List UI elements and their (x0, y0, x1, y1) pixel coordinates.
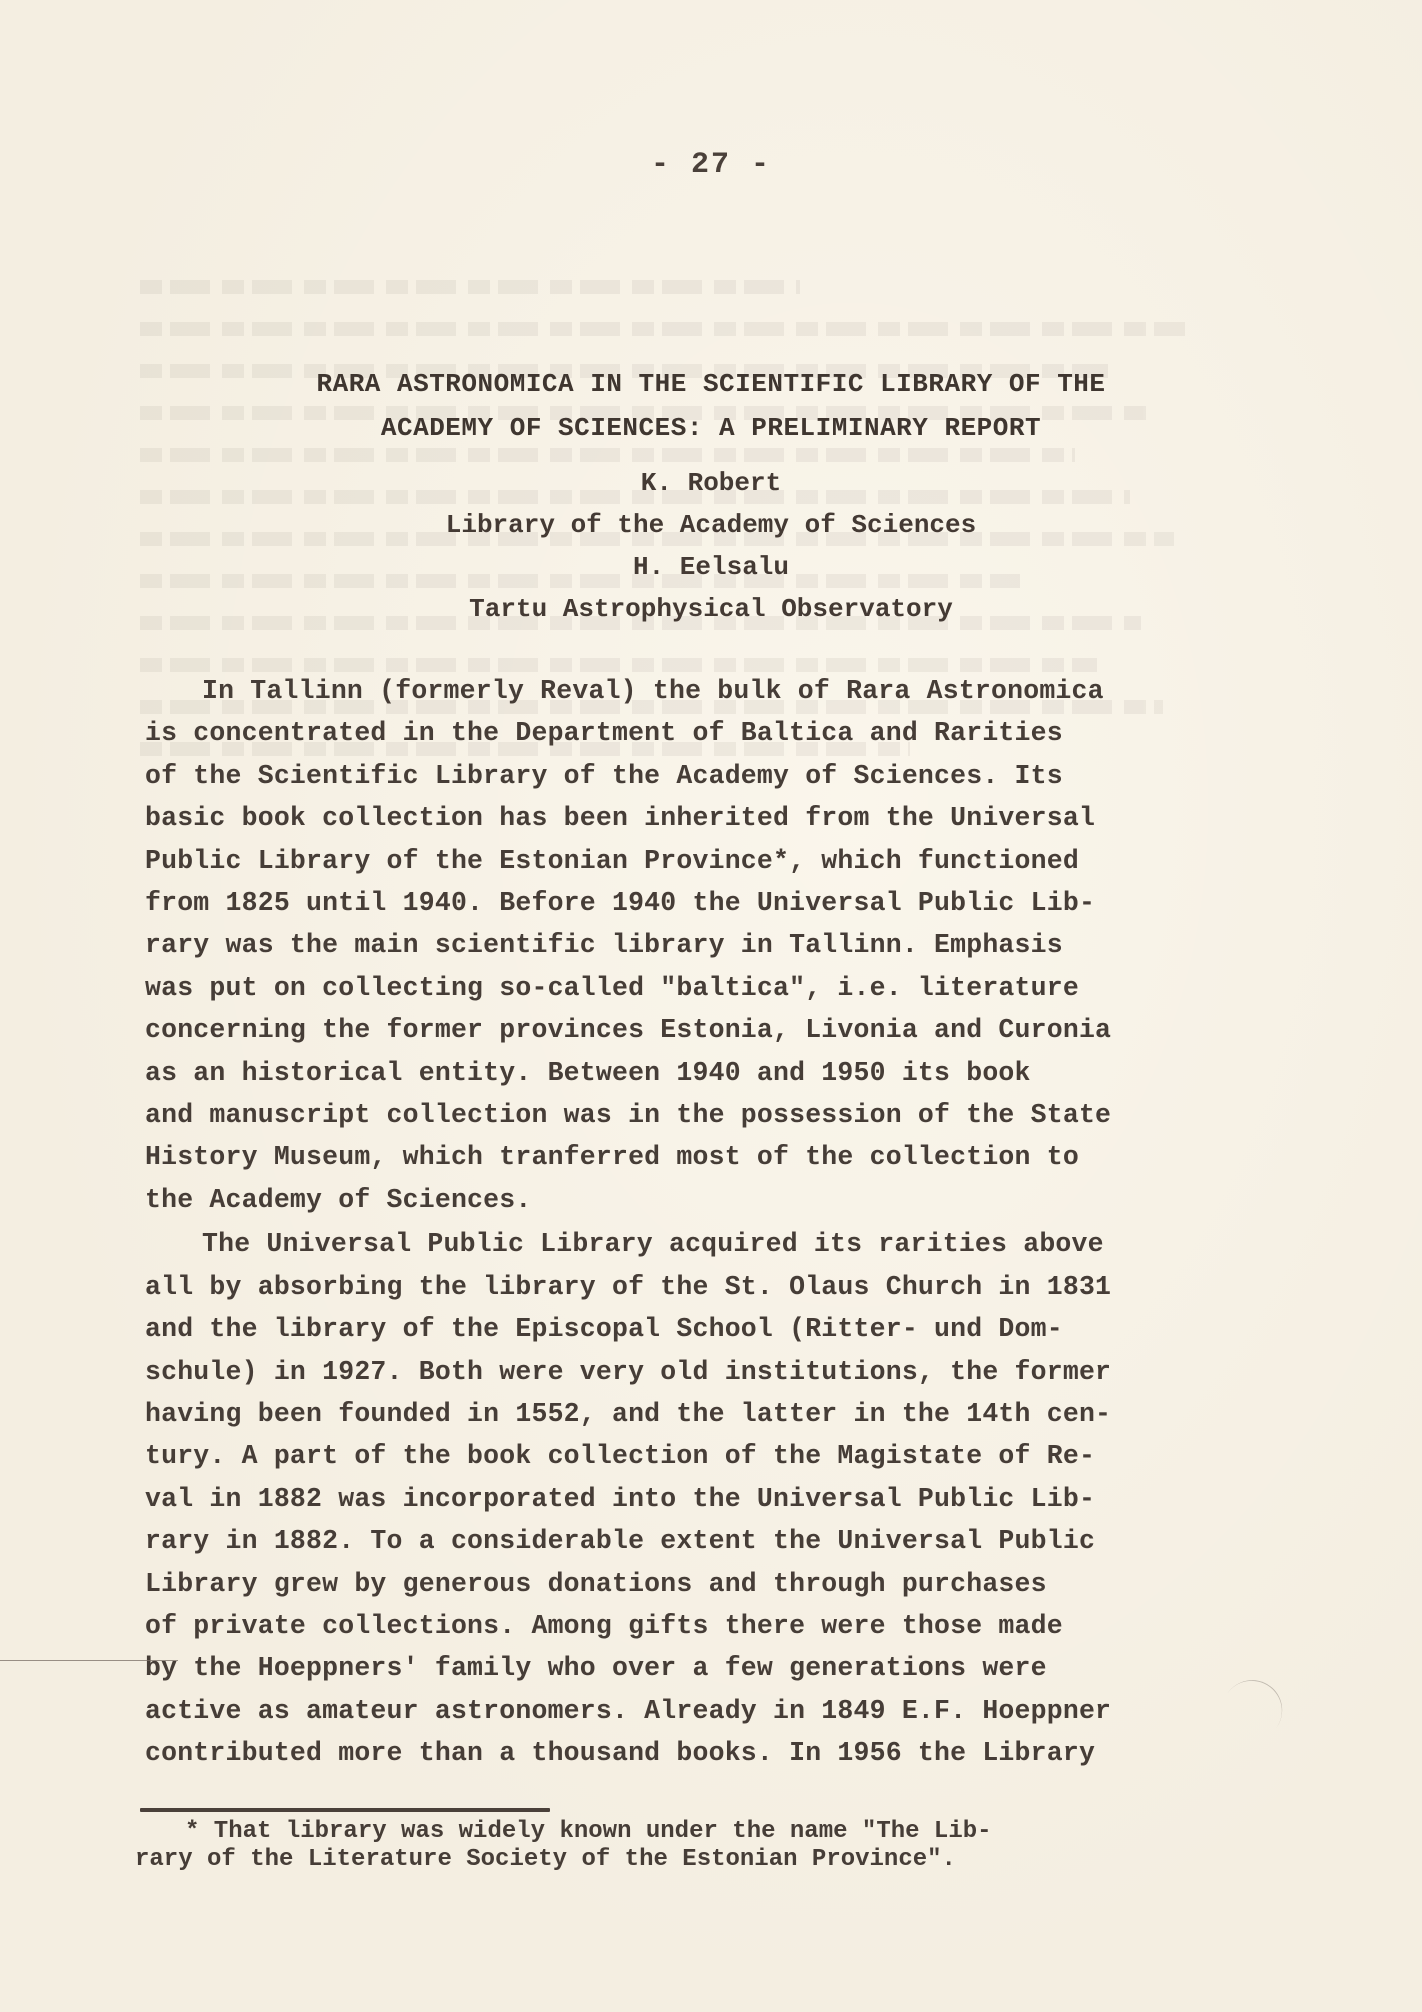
body-text: In Tallinn (formerly Reval) the bulk of … (145, 670, 1225, 1775)
text-line: the Academy of Sciences. (145, 1179, 1225, 1221)
paper-title: RARA ASTRONOMICA IN THE SCIENTIFIC LIBRA… (0, 362, 1422, 450)
author-name: K. Robert (0, 462, 1422, 504)
text-line: Library grew by generous donations and t… (145, 1563, 1225, 1605)
text-line: basic book collection has been inherited… (145, 797, 1225, 839)
paragraph-1: In Tallinn (formerly Reval) the bulk of … (145, 670, 1225, 1221)
text-line: In Tallinn (formerly Reval) the bulk of … (145, 670, 1225, 712)
footnote-separator (140, 1808, 550, 1812)
paragraph-2: The Universal Public Library acquired it… (145, 1223, 1225, 1774)
title-line: ACADEMY OF SCIENCES: A PRELIMINARY REPOR… (0, 406, 1422, 450)
text-line: schule) in 1927. Both were very old inst… (145, 1351, 1225, 1393)
text-line: rary in 1882. To a considerable extent t… (145, 1520, 1225, 1562)
text-line: History Museum, which tranferred most of… (145, 1136, 1225, 1178)
author-affiliation: Library of the Academy of Sciences (0, 504, 1422, 546)
text-line: and manuscript collection was in the pos… (145, 1094, 1225, 1136)
text-line: val in 1882 was incorporated into the Un… (145, 1478, 1225, 1520)
text-line: from 1825 until 1940. Before 1940 the Un… (145, 882, 1225, 924)
text-line: concerning the former provinces Estonia,… (145, 1009, 1225, 1051)
text-line: by the Hoeppners' family who over a few … (145, 1647, 1225, 1689)
footnote-line: * That library was widely known under th… (135, 1818, 1235, 1846)
text-line: is concentrated in the Department of Bal… (145, 712, 1225, 754)
text-line: The Universal Public Library acquired it… (145, 1223, 1225, 1265)
text-line: of private collections. Among gifts ther… (145, 1605, 1225, 1647)
text-line: of the Scientific Library of the Academy… (145, 755, 1225, 797)
text-line: contributed more than a thousand books. … (145, 1732, 1225, 1774)
text-line: Public Library of the Estonian Province*… (145, 840, 1225, 882)
document-page: - 27 - RARA ASTRONOMICA IN THE SCIENTIFI… (0, 0, 1422, 2012)
author-name: H. Eelsalu (0, 546, 1422, 588)
author-affiliation: Tartu Astrophysical Observatory (0, 588, 1422, 630)
text-line: having been founded in 1552, and the lat… (145, 1393, 1225, 1435)
margin-pencil-line (0, 1660, 178, 1661)
author-block: K. Robert Library of the Academy of Scie… (0, 462, 1422, 630)
text-line: as an historical entity. Between 1940 an… (145, 1052, 1225, 1094)
text-line: rary was the main scientific library in … (145, 924, 1225, 966)
text-line: and the library of the Episcopal School … (145, 1308, 1225, 1350)
text-line: was put on collecting so-called "baltica… (145, 967, 1225, 1009)
text-line: active as amateur astronomers. Already i… (145, 1690, 1225, 1732)
footnote-line: rary of the Literature Society of the Es… (135, 1846, 1235, 1874)
page-number: - 27 - (0, 148, 1422, 182)
title-line: RARA ASTRONOMICA IN THE SCIENTIFIC LIBRA… (0, 362, 1422, 406)
footnote: * That library was widely known under th… (135, 1818, 1235, 1874)
text-line: tury. A part of the book collection of t… (145, 1435, 1225, 1477)
text-line: all by absorbing the library of the St. … (145, 1266, 1225, 1308)
